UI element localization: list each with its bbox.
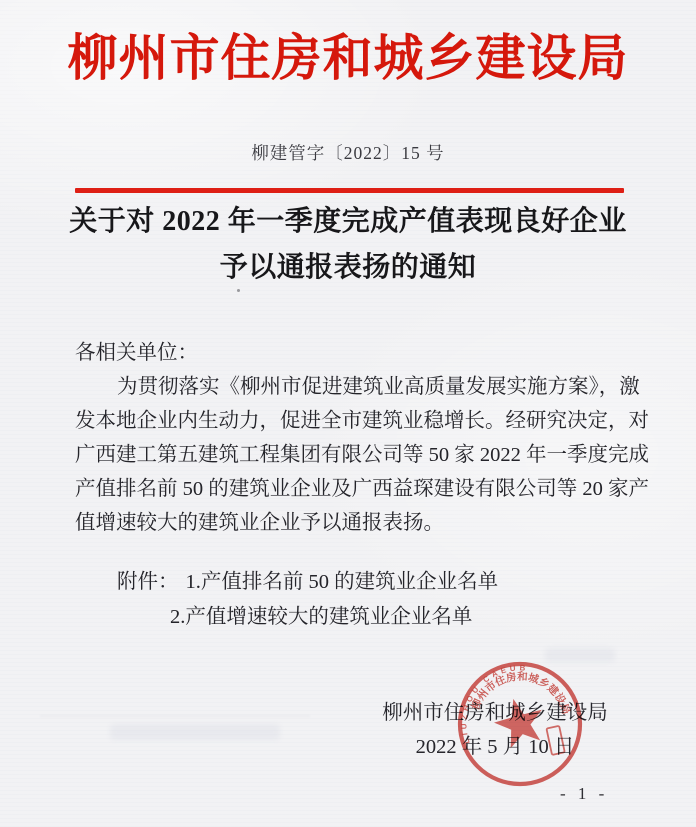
salutation: 各相关单位： xyxy=(75,336,635,370)
red-divider-rule xyxy=(75,188,624,193)
attachment-line-1: 附件：1.产值排名前 50 的建筑业企业名单 xyxy=(117,565,635,600)
scan-bleedthrough-line xyxy=(40,715,310,717)
attachments-label: 附件： xyxy=(117,571,179,593)
signature-date: 2022 年 5 月 10 日 xyxy=(330,731,660,765)
body-line: 广西建工第五建筑工程集团有限公司等 50 家 2022 年一季度完成 xyxy=(75,438,635,472)
signature-block: 柳州市住房和城乡建设局 2022 年 5 月 10 日 xyxy=(330,697,660,764)
attachments-block: 附件：1.产值排名前 50 的建筑业企业名单 2.产值增速较大的建筑业企业名单 xyxy=(75,565,635,634)
doc-reference-number: 柳建管字〔2022〕15 号 xyxy=(0,140,696,165)
scan-bleedthrough-blob xyxy=(110,724,280,740)
document-title: 关于对 2022 年一季度完成产值表现良好企业 予以通报表扬的通知 xyxy=(0,199,696,291)
attachment-item-2: 2.产值增速较大的建筑业企业名单 xyxy=(170,600,635,635)
body-line: 值增速较大的建筑业企业予以通报表扬。 xyxy=(75,506,635,540)
body-line: 产值排名前 50 的建筑业企业及广西益琛建设有限公司等 20 家产 xyxy=(75,472,635,506)
signature-org-name: 柳州市住房和城乡建设局 xyxy=(330,697,660,731)
document-body: 各相关单位： 为贯彻落实《柳州市促进建筑业高质量发展实施方案》，激 发本地企业内… xyxy=(75,336,635,540)
attachment-item-1: 1.产值排名前 50 的建筑业企业名单 xyxy=(186,571,499,593)
body-line: 发本地企业内生动力，促进全市建筑业稳增长。经研究决定，对 xyxy=(75,404,635,438)
scanned-document-page: 柳州市住房和城乡建设局 柳建管字〔2022〕15 号 关于对 2022 年一季度… xyxy=(0,0,696,827)
document-title-line2: 予以通报表扬的通知 xyxy=(0,245,696,291)
letterhead-org-name: 柳州市住房和城乡建设局 xyxy=(0,18,696,90)
document-title-line1: 关于对 2022 年一季度完成产值表现良好企业 xyxy=(0,199,696,245)
body-line: 为贯彻落实《柳州市促进建筑业高质量发展实施方案》，激 xyxy=(75,370,635,404)
scan-bleedthrough-blob xyxy=(545,648,615,662)
page-number: - 1 - xyxy=(560,784,608,804)
scan-speck xyxy=(237,289,240,292)
